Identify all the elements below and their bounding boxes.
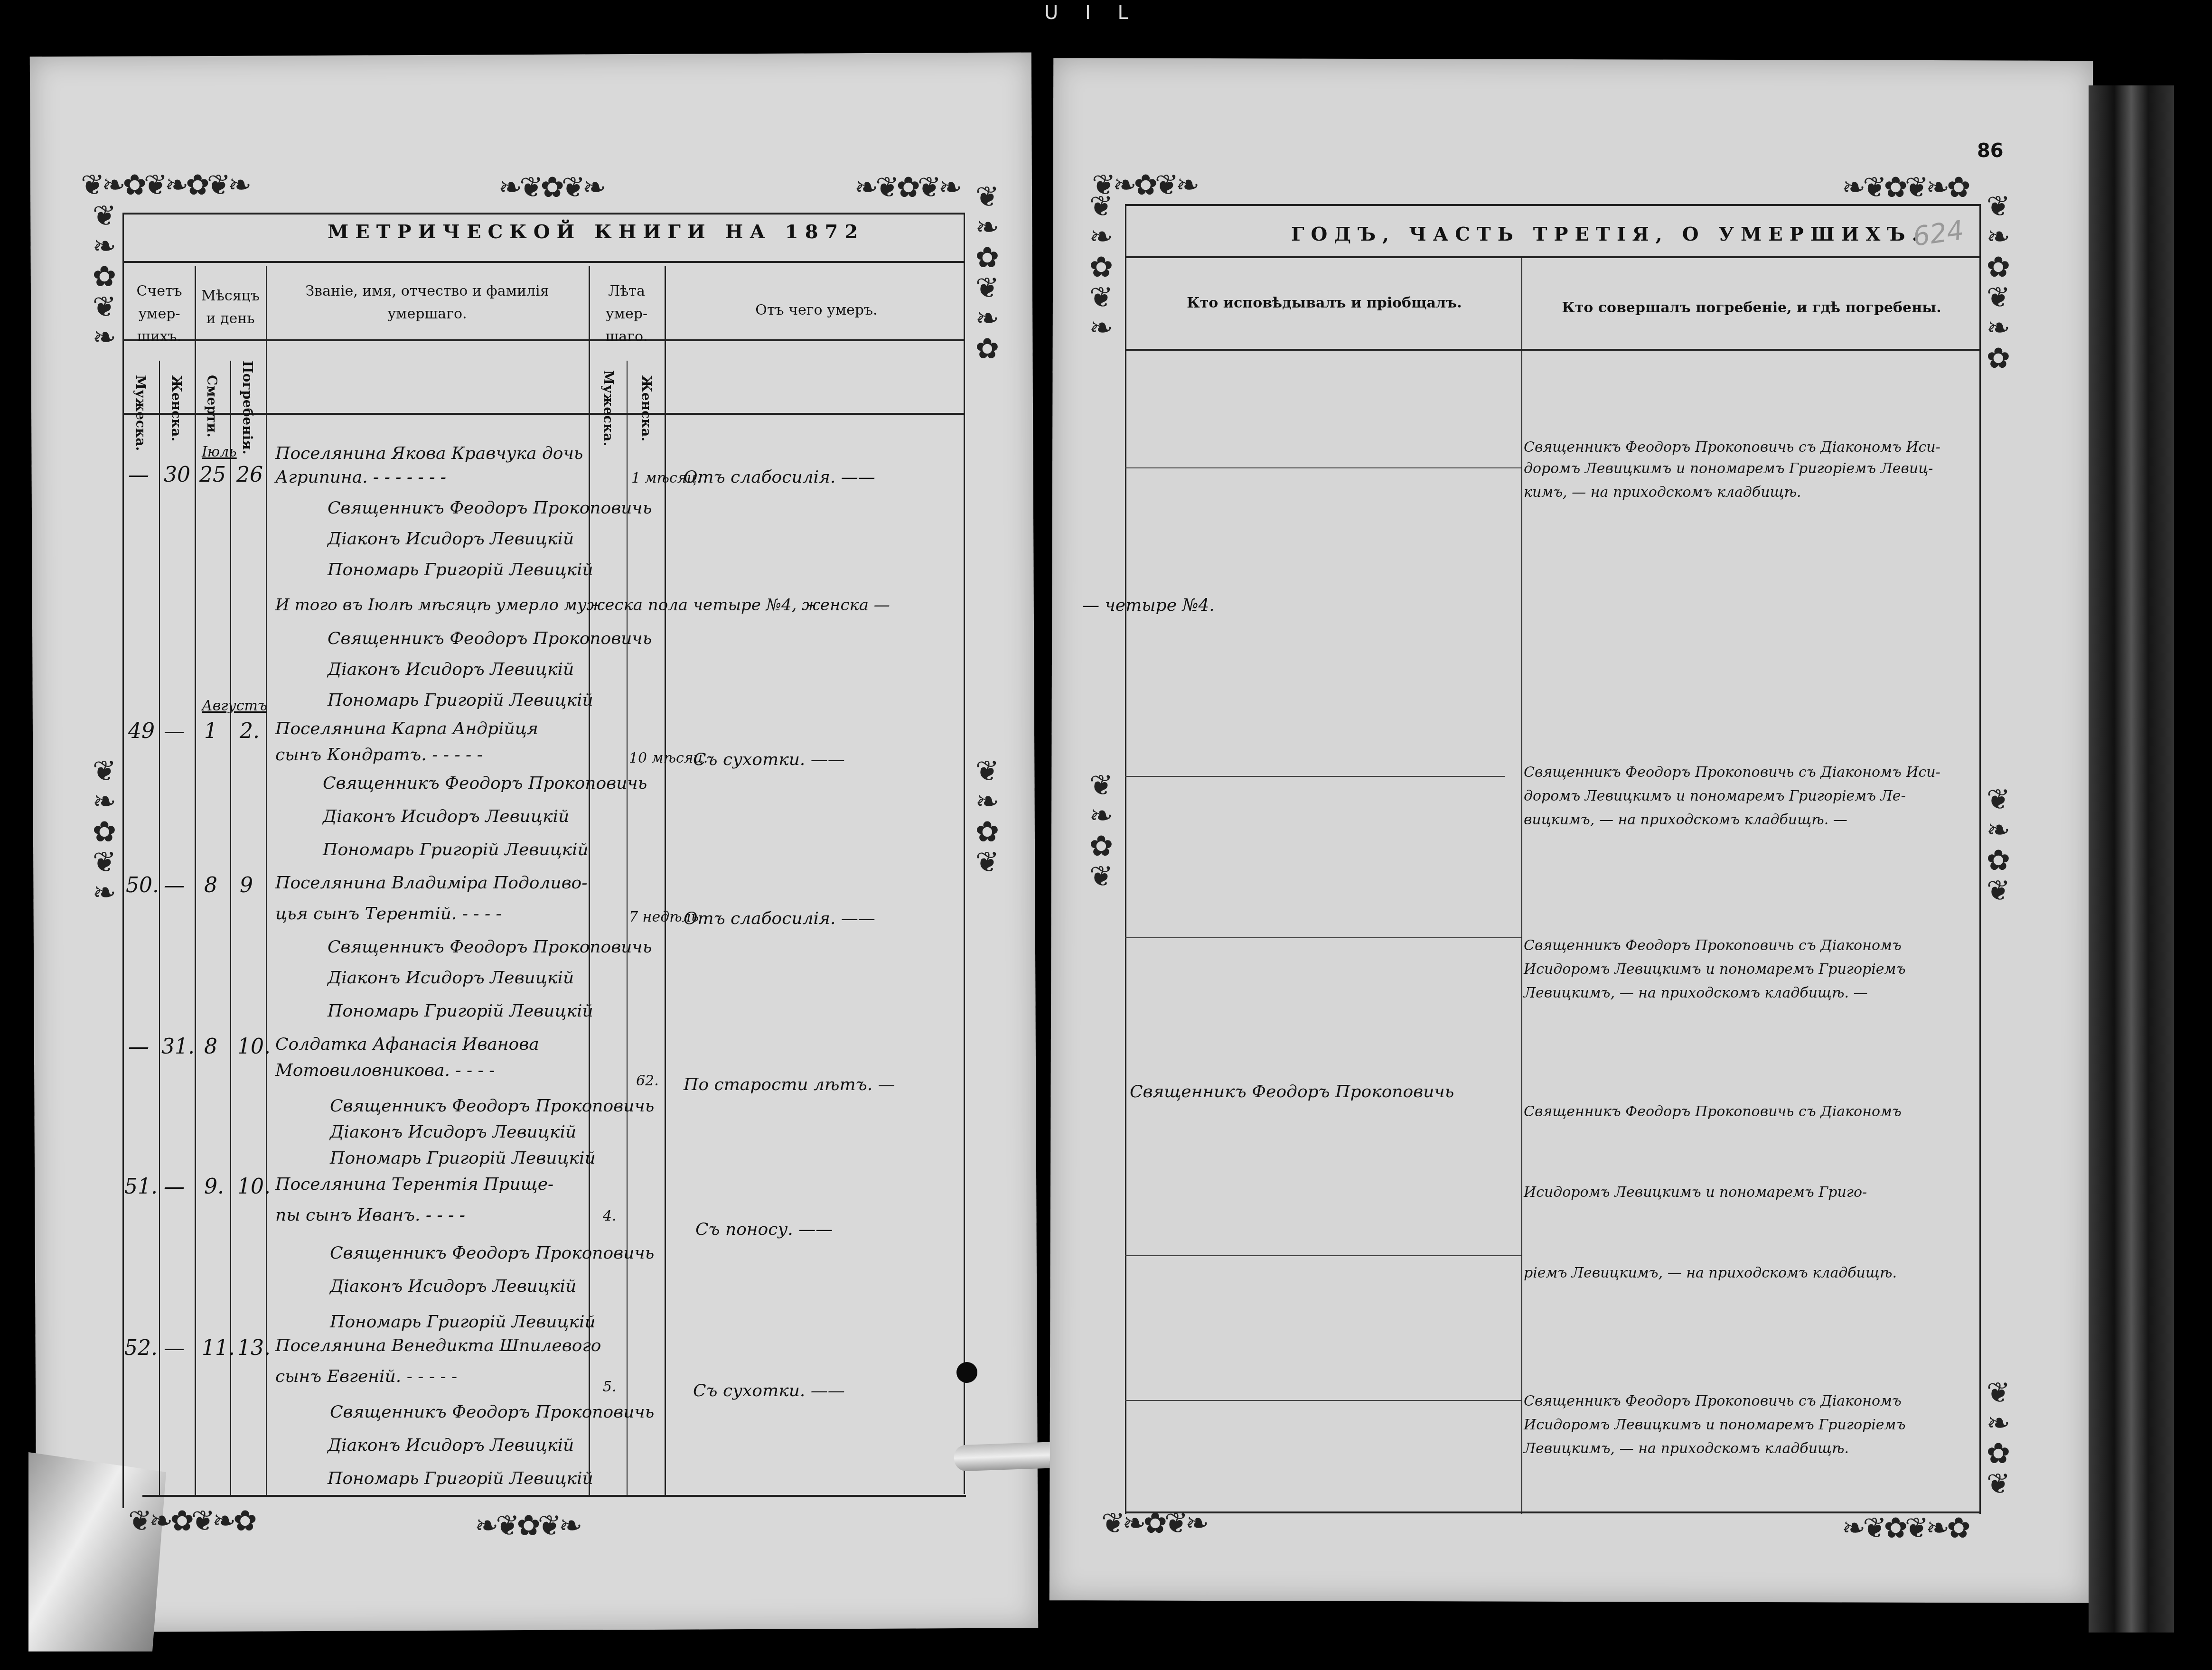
entry-male: 49: [128, 719, 155, 743]
clergy-sexton: Пономарь Григорій Левицкій: [330, 1312, 596, 1332]
clergy-deacon: Діаконъ Исидоръ Левицкій: [328, 529, 574, 549]
subheader-death: Смерти.: [204, 375, 220, 438]
subheader-female: Женска.: [169, 375, 184, 441]
ornament-left-gutter-mid: ❦❧✿❦: [971, 755, 1004, 876]
entry-name: Поселянина Якова Кравчука дочь: [275, 444, 583, 463]
entry-female: 31.: [161, 1035, 195, 1059]
entry-burial-day: 2.: [240, 719, 260, 743]
right-top-border: [1125, 204, 1979, 206]
entry-male: —: [128, 1035, 149, 1059]
row-separator: [1125, 467, 1521, 468]
ornament-bottom-center-left: ❧❦✿❦❧: [475, 1509, 580, 1542]
right-inner-border: [1125, 204, 1126, 1514]
entry-male: 52.: [124, 1336, 158, 1360]
col-line: [230, 361, 231, 1495]
entry-age: 62.: [636, 1073, 659, 1089]
ornament-top-left: ❦❧✿❦❧✿❦❧: [81, 168, 249, 202]
burial-entry: ріемъ Левицкимъ, — на приходскомъ кладби…: [1524, 1265, 1897, 1281]
entry-female: —: [164, 719, 185, 743]
entry-name: Солдатка Афанасія Иванова: [275, 1035, 539, 1054]
entry-cause: Съ сухотки. ——: [693, 750, 845, 769]
burial-entry: Священникъ Феодоръ Прокоповичь съ Діакон…: [1524, 1103, 1902, 1120]
entry-age: 5.: [603, 1379, 617, 1395]
clergy-deacon: Діаконъ Исидоръ Левицкій: [328, 1436, 574, 1455]
header-age: Лѣта умер- шаго.: [593, 280, 660, 348]
entry-female: —: [164, 1336, 185, 1360]
burial-entry: вицкимъ, — на приходскомъ кладбищѣ. —: [1524, 812, 1847, 828]
entry-burial-day: 13.: [237, 1336, 271, 1360]
ornament-right-side-mid: ❦❧✿❦: [1982, 783, 2015, 905]
burial-entry: Священникъ Феодоръ Прокоповичь съ Діакон…: [1524, 764, 1940, 781]
entry-name: Поселянина Владиміра Подоливо-: [275, 873, 587, 893]
left-page-title: МЕТРИЧЕСКОЙ КНИГИ НА 1872: [328, 221, 864, 243]
clergy-sexton: Пономарь Григорій Левицкій: [328, 1469, 593, 1488]
ornament-bottom-right-page-right: ❧❦✿❦❧✿: [1842, 1511, 1968, 1545]
ornament-right-side: ❦❧✿❦❧✿: [1982, 190, 2015, 372]
entry-female: —: [164, 873, 185, 897]
clergy-sexton: Пономарь Григорій Левицкій: [328, 560, 593, 579]
confessor-entry: — четыре №4.: [1082, 596, 1215, 615]
row-separator: [1125, 1255, 1521, 1256]
header-name: Званіе, имя, отчество и фамилія умершаго…: [304, 280, 551, 326]
month-august: Августъ: [202, 698, 267, 714]
left-header-rule: [122, 339, 965, 341]
ornament-top-center-left: ❧❦✿❦❧: [498, 171, 603, 204]
burial-entry: Исидоромъ Левицкимъ и пономаремъ Григорі…: [1524, 1417, 1905, 1433]
ornament-left-gutter: ❦❧✿❦❧✿: [971, 180, 1004, 363]
clergy-priest: Священникъ Феодоръ Прокоповичь: [330, 1243, 654, 1263]
right-page: [1050, 58, 2093, 1603]
entry-name: Мотовиловникова. - - - -: [275, 1061, 495, 1080]
entry-burial-day: 10.: [237, 1035, 271, 1059]
clergy-sexton: Пономарь Григорій Левицкій: [323, 840, 589, 859]
right-outer-border: [1979, 204, 1981, 1514]
clergy-sexton: Пономарь Григорій Левицкій: [328, 690, 593, 710]
header-burial-by: Кто совершалъ погребеніе, и гдѣ погребен…: [1533, 297, 1970, 319]
entry-cause: Съ сухотки. ——: [693, 1381, 845, 1400]
entry-name: пы сынъ Иванъ. - - - -: [275, 1205, 465, 1225]
col-line: [627, 361, 628, 1495]
header-cause: Отъ чего умеръ.: [674, 299, 959, 322]
clergy-priest: Священникъ Феодоръ Прокоповичь: [328, 498, 652, 518]
clergy-deacon: Діаконъ Исидоръ Левицкій: [330, 1122, 576, 1142]
entry-female: —: [164, 1175, 185, 1199]
entry-name: цья сынъ Терентій. - - - -: [275, 904, 502, 924]
entry-name: Агрипина. - - - - - - -: [275, 467, 446, 487]
entry-death-day: 9.: [204, 1175, 224, 1199]
right-col-divider: [1521, 256, 1522, 1514]
burial-entry: Священникъ Феодоръ Прокоповичь съ Діакон…: [1524, 439, 1940, 456]
burial-entry: доромъ Левицкимъ и пономаремъ Григоріемъ…: [1524, 460, 1933, 477]
burial-entry: Исидоромъ Левицкимъ и пономаремъ Григорі…: [1524, 961, 1905, 978]
entry-male: 50.: [126, 873, 159, 897]
binding-hole: [956, 1362, 977, 1383]
clergy-priest: Священникъ Феодоръ Прокоповичь: [330, 1402, 654, 1422]
entry-name: Поселянина Карпа Андрійця: [275, 719, 538, 738]
col-line: [266, 266, 267, 1495]
right-bottom-border: [1125, 1511, 1979, 1513]
clergy-deacon: Діаконъ Исидоръ Левицкій: [328, 660, 574, 679]
confessor-entry: Священникъ Феодоръ Прокоповичь: [1130, 1082, 1454, 1101]
burial-entry: Левицкимъ, — на приходскомъ кладбищѣ. —: [1524, 985, 1868, 1001]
burial-entry: Священникъ Феодоръ Прокоповичь съ Діакон…: [1524, 1393, 1902, 1409]
burial-entry: Исидоромъ Левицкимъ и пономаремъ Григо-: [1524, 1184, 1867, 1201]
entry-name: Поселянина Терентія Прище-: [275, 1175, 553, 1194]
subheader-male: Мужеска.: [133, 375, 149, 451]
subheader-burial: Погребенія.: [240, 361, 255, 455]
clergy-priest: Священникъ Феодоръ Прокоповичь: [328, 629, 652, 648]
col-line: [589, 266, 590, 1495]
right-title-rule: [1125, 256, 1979, 258]
burial-entry: доромъ Левицкимъ и пономаремъ Григоріемъ…: [1524, 788, 1906, 804]
left-bottom-border: [142, 1495, 966, 1497]
entry-cause: Отъ слабосилія. ——: [684, 467, 875, 487]
folded-corner: [28, 1452, 166, 1651]
ornament-left-side: ❦❧✿❦❧: [88, 199, 121, 351]
row-separator: [1125, 1400, 1521, 1401]
burial-entry: Левицкимъ, — на приходскомъ кладбищѣ.: [1524, 1440, 1849, 1457]
entry-name: Поселянина Венедикта Шпилевого: [275, 1336, 601, 1355]
entry-name: сынъ Кондратъ. - - - - -: [275, 745, 483, 765]
entry-death-day: 8: [204, 1035, 217, 1059]
ornament-right-side-bottom: ❦❧✿❦: [1982, 1376, 2015, 1498]
left-outer-border: [122, 213, 124, 1508]
entry-female: 30: [164, 463, 190, 487]
clergy-priest: Священникъ Феодоръ Прокоповичь: [330, 1096, 654, 1116]
clergy-deacon: Діаконъ Исидоръ Левицкій: [330, 1277, 576, 1296]
col-line: [195, 266, 196, 1495]
entry-death-day: 8: [204, 873, 217, 897]
page-number-stamp: 86: [1977, 140, 2004, 162]
entry-name: сынъ Евгеній. - - - - -: [275, 1367, 457, 1386]
row-separator: [1125, 937, 1521, 938]
clergy-priest: Священникъ Феодоръ Прокоповичь: [328, 937, 652, 957]
entry-age: 4.: [603, 1208, 617, 1224]
ornament-right-gutter-mid: ❦❧✿❦: [1085, 769, 1118, 890]
right-header-rule: [1125, 349, 1979, 351]
month-summary: И того въ Іюлѣ мѣсяцѣ умерло мужеска пол…: [275, 596, 890, 615]
header-count-deceased: Счетъ умер- шихъ.: [127, 280, 191, 348]
row-separator: [1125, 776, 1505, 777]
entry-burial-day: 9: [240, 873, 253, 897]
entry-male: 51.: [124, 1175, 158, 1199]
ornament-top-right-page-right: ❧❦✿❦❧✿: [1842, 171, 1968, 204]
page-stack-edge: [2089, 85, 2174, 1633]
clergy-deacon: Діаконъ Исидоръ Левицкій: [323, 807, 569, 826]
left-top-border: [122, 213, 965, 215]
clergy-sexton: Пономарь Григорій Левицкій: [328, 1001, 593, 1021]
ornament-right-gutter: ❦❧✿❦❧: [1085, 190, 1118, 342]
col-line: [665, 266, 666, 1495]
burial-entry: Священникъ Феодоръ Прокоповичь съ Діакон…: [1524, 937, 1902, 954]
clergy-priest: Священникъ Феодоръ Прокоповичь: [323, 774, 647, 793]
ornament-left-side-mid: ❦❧✿❦❧: [88, 755, 121, 906]
ornament-top-right-left: ❧❦✿❦❧: [854, 171, 959, 204]
right-page-title: ГОДЪ, ЧАСТЬ ТРЕТІЯ, О УМЕРШИХЪ.: [1291, 223, 1925, 245]
top-marks: U I L: [1044, 2, 1139, 24]
left-title-rule: [122, 261, 965, 263]
header-month-day: Мѣсяцъ и день: [198, 285, 262, 330]
clergy-deacon: Діаконъ Исидоръ Левицкій: [328, 968, 574, 988]
entry-male: —: [128, 463, 149, 487]
entry-burial-day: 10.: [237, 1175, 271, 1199]
header-confessor: Кто исповѣдывалъ и пріобщалъ.: [1139, 292, 1509, 315]
subheader-age-male: Мужеска.: [600, 370, 616, 446]
clergy-sexton: Пономарь Григорій Левицкій: [330, 1148, 596, 1168]
entry-burial-day: 26: [236, 463, 263, 487]
left-inner-border: [964, 213, 965, 1494]
ornament-bottom-left: ❦❧✿❦❧✿: [128, 1504, 254, 1538]
burial-entry: кимъ, — на приходскомъ кладбищѣ.: [1524, 484, 1801, 501]
subheader-age-female: Женска.: [638, 375, 654, 441]
entry-cause: По старости лѣтъ. —: [684, 1075, 895, 1094]
entry-death-day: 11.: [202, 1336, 235, 1360]
entry-cause: Съ поносу. ——: [695, 1220, 833, 1239]
entry-cause: Отъ слабосилія. ——: [684, 909, 875, 928]
month-july: Іюль: [202, 444, 237, 460]
entry-death-day: 1: [204, 719, 217, 743]
entry-death-day: 25: [199, 463, 226, 487]
col-line: [159, 361, 160, 1495]
